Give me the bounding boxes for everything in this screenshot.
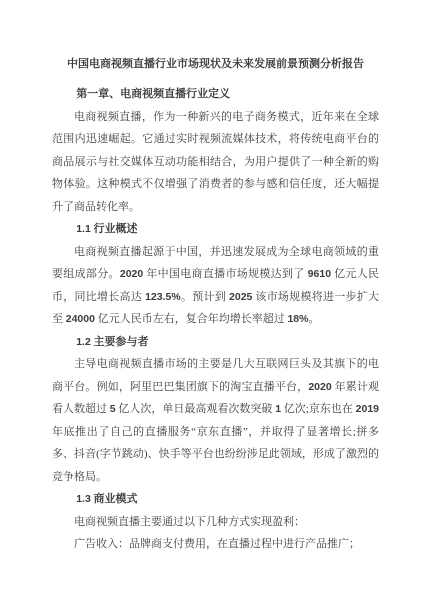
text-run: 。 xyxy=(308,313,319,325)
document-body: 第一章、电商视频直播行业定义电商视频直播，作为一种新兴的电子商务模式，近年来在全… xyxy=(52,83,379,556)
section-heading: 1.3 商业模式 xyxy=(52,488,379,511)
text-run: 2019 xyxy=(356,403,379,415)
text-run: 主导电商视频直播市场的主要是几大互联网巨头及其旗下的电 xyxy=(74,358,379,370)
document-page: 中国电商视频直播行业市场现状及未来发展前景预测分析报告 第一章、电商视频直播行业… xyxy=(0,0,424,600)
text-run: 1.3 xyxy=(76,493,91,505)
text-run: 范围内迅速崛起。它通过实时视频流媒体技术，将传统电商平台的 xyxy=(52,133,379,145)
text-run: 主要参与者 xyxy=(91,336,149,348)
text-run: 电商视频直播主要通过以下几种方式实现盈利： xyxy=(74,516,305,528)
text-run: 2025 xyxy=(229,291,252,303)
text-run: 广告收入：品牌商支付费用，在直播过程中进行产品推广； xyxy=(74,538,360,550)
paragraph-line: 要组成部分。2020 年中国电商直播市场规模达到了 9610 亿元人民 xyxy=(52,263,379,286)
paragraph-line: 主导电商视频直播市场的主要是几大互联网巨头及其旗下的电 xyxy=(52,353,379,376)
text-run: 电商视频直播，作为一种新兴的电子商务模式，近年来在全球 xyxy=(74,111,379,123)
text-run: 升了商品转化率。 xyxy=(52,201,140,213)
text-run: 行业概述 xyxy=(91,223,138,235)
paragraph-line: 物体验。这种模式不仅增强了消费者的参与感和信任度，还大幅提 xyxy=(52,173,379,196)
paragraph-line: 商品展示与社交媒体互动功能相结合，为用户提供了一种全新的购 xyxy=(52,151,379,174)
text-run: 该市场规模将进一步扩大 xyxy=(252,291,379,303)
text-run: 年底推出了自己的直播服务“京东直播”，并取得了显著增长;拼多 xyxy=(52,426,379,438)
section-heading: 1.1 行业概述 xyxy=(52,218,379,241)
text-run: 123.5% xyxy=(145,291,181,303)
text-run: 商业模式 xyxy=(91,493,138,505)
section-heading: 1.2 主要参与者 xyxy=(52,331,379,354)
text-run: 多、抖音(字节跳动)、快手等平台也纷纷涉足此领域，形成了激烈的 xyxy=(52,448,379,460)
paragraph-line: 多、抖音(字节跳动)、快手等平台也纷纷涉足此领域，形成了激烈的 xyxy=(52,443,379,466)
paragraph-line: 电商视频直播主要通过以下几种方式实现盈利： xyxy=(52,511,379,534)
text-run: 1.2 xyxy=(76,336,91,348)
paragraph-line: 广告收入：品牌商支付费用，在直播过程中进行产品推广； xyxy=(52,533,379,556)
text-run: 年中国电商直播市场规模达到了 xyxy=(143,268,307,280)
text-run: 亿元人民币左右，复合年均增长率超过 xyxy=(95,313,288,325)
text-run: 至 xyxy=(52,313,66,325)
paragraph-line: 商平台。例如，阿里巴巴集团旗下的淘宝直播平台，2020 年累计观 xyxy=(52,376,379,399)
paragraph-line: 电商视频直播，作为一种新兴的电子商务模式，近年来在全球 xyxy=(52,106,379,129)
text-run: 亿元人民 xyxy=(331,268,379,280)
text-run: 1.1 xyxy=(76,223,91,235)
text-run: 商品展示与社交媒体互动功能相结合，为用户提供了一种全新的购 xyxy=(52,156,379,168)
text-run: 年累计观 xyxy=(332,381,379,393)
paragraph-line: 看人数超过 5 亿人次，单日最高观看次数突破 1 亿次;京东也在 2019 xyxy=(52,398,379,421)
text-run: 商平台。例如，阿里巴巴集团旗下的淘宝直播平台， xyxy=(52,381,308,393)
text-run: 竞争格局。 xyxy=(52,471,107,483)
paragraph-line: 升了商品转化率。 xyxy=(52,196,379,219)
section-heading: 第一章、电商视频直播行业定义 xyxy=(52,83,379,106)
paragraph-line: 范围内迅速崛起。它通过实时视频流媒体技术，将传统电商平台的 xyxy=(52,128,379,151)
text-run: 24000 xyxy=(66,313,95,325)
text-run: 物体验。这种模式不仅增强了消费者的参与感和信任度，还大幅提 xyxy=(52,178,379,190)
text-run: 。预计到 xyxy=(181,291,229,303)
text-run: 要组成部分。 xyxy=(52,268,120,280)
paragraph-line: 电商视频直播起源于中国，并迅速发展成为全球电商领域的重 xyxy=(52,241,379,264)
paragraph-line: 竞争格局。 xyxy=(52,466,379,489)
text-run: 亿次;京东也在 xyxy=(281,403,356,415)
document-content: 中国电商视频直播行业市场现状及未来发展前景预测分析报告 第一章、电商视频直播行业… xyxy=(52,53,379,556)
text-run: 2020 xyxy=(120,268,143,280)
document-title: 中国电商视频直播行业市场现状及未来发展前景预测分析报告 xyxy=(52,53,379,76)
text-run: 电商视频直播起源于中国，并迅速发展成为全球电商领域的重 xyxy=(74,246,379,258)
text-run: 币，同比增长高达 xyxy=(52,291,145,303)
paragraph-line: 年底推出了自己的直播服务“京东直播”，并取得了显著增长;拼多 xyxy=(52,421,379,444)
text-run: 2020 xyxy=(308,381,331,393)
text-run: 亿人次，单日最高观看次数突破 xyxy=(116,403,276,415)
text-run: 9610 xyxy=(308,268,331,280)
paragraph-line: 至 24000 亿元人民币左右，复合年均增长率超过 18%。 xyxy=(52,308,379,331)
text-run: 第一章、电商视频直播行业定义 xyxy=(76,88,230,100)
text-run: 18% xyxy=(287,313,308,325)
text-run: 看人数超过 xyxy=(52,403,110,415)
paragraph-line: 币，同比增长高达 123.5%。预计到 2025 该市场规模将进一步扩大 xyxy=(52,286,379,309)
